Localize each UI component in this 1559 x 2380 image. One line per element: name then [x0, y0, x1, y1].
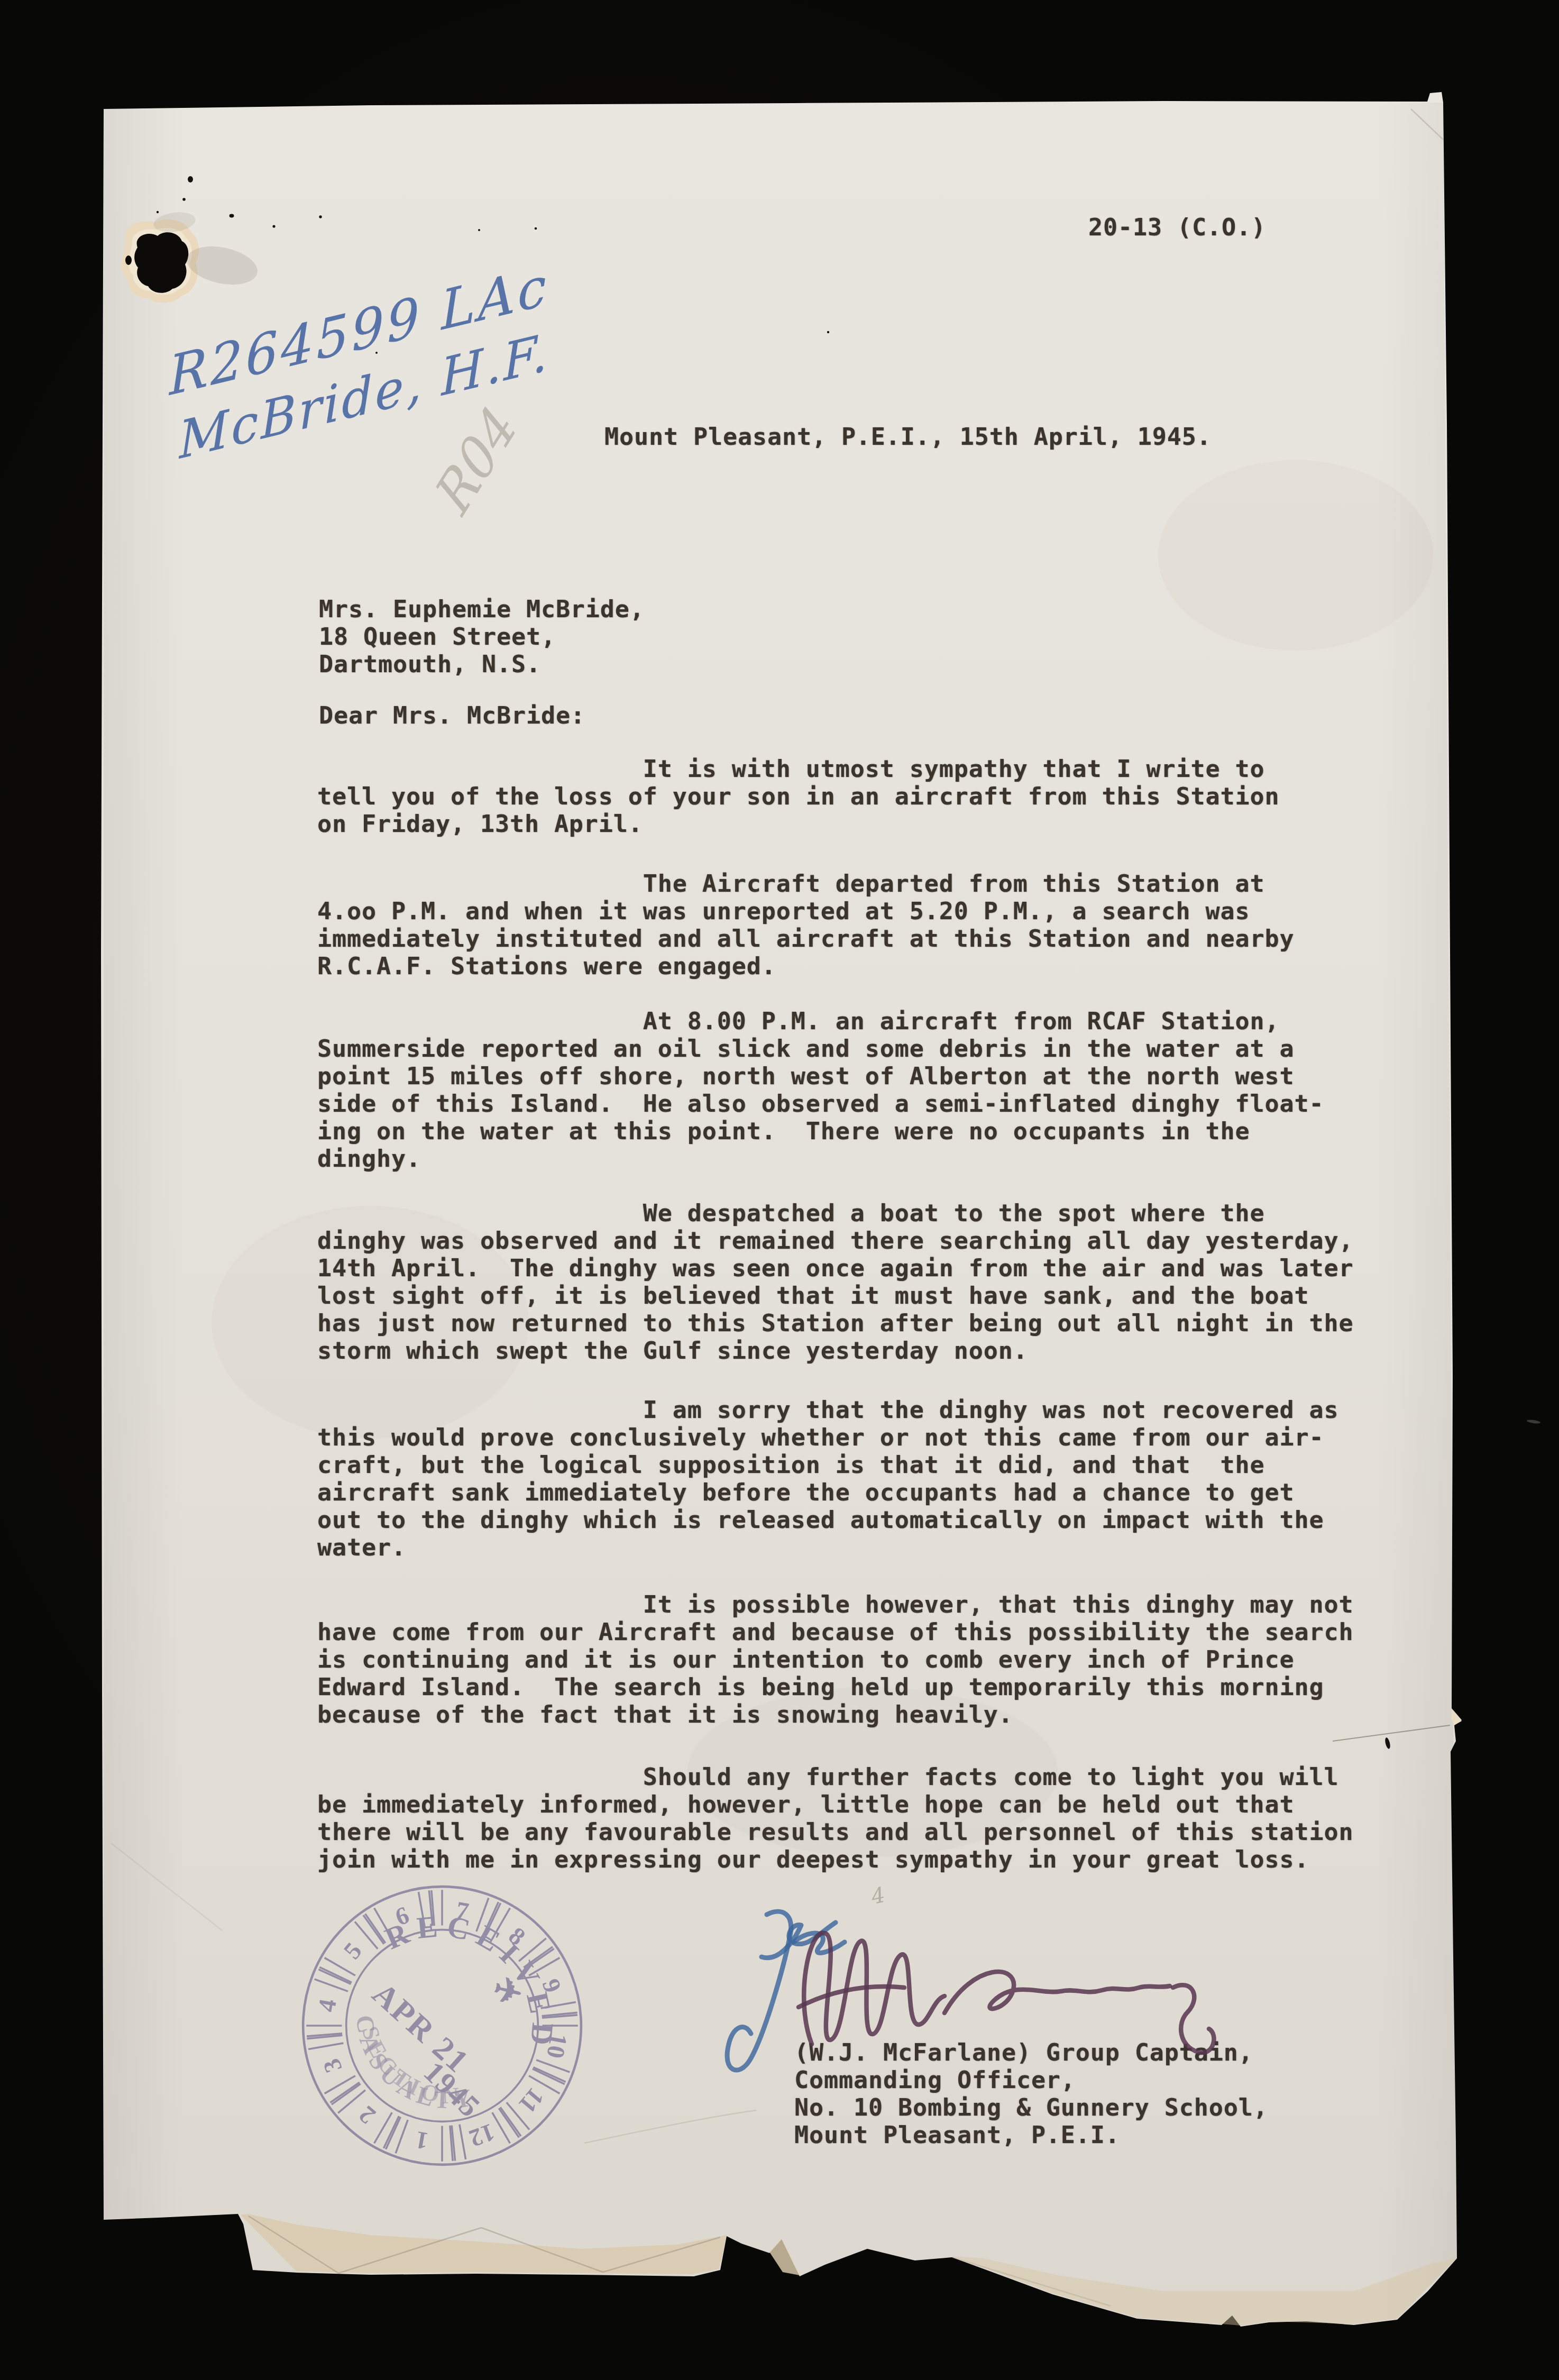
typed-line: side of this Island. He also observed a …	[317, 1090, 1324, 1118]
typed-line: lost sight off, it is believed that it m…	[317, 1282, 1353, 1310]
typed-line: join with me in expressing our deepest s…	[317, 1846, 1353, 1873]
stamp-clock-number: 3	[318, 2055, 348, 2076]
typed-line: there will be any favourable results and…	[317, 1818, 1353, 1846]
stamp-tick	[308, 2043, 343, 2049]
typed-line: We despatched a boat to the spot where t…	[317, 1200, 1353, 1227]
typed-file-reference: 20-13 (C.O.)	[1088, 214, 1266, 241]
typed-line: dinghy was observed and it remained ther…	[317, 1227, 1353, 1255]
signatures-overlay	[608, 1883, 1269, 2105]
typed-line: craft, but the logical supposition is th…	[317, 1451, 1338, 1479]
background-dash	[1527, 1419, 1541, 1424]
stamp-tick	[533, 2069, 565, 2084]
stamp-clock-number: 4	[313, 1997, 342, 2014]
typed-line: is continuing and it is our intention to…	[317, 1646, 1353, 1673]
typed-line: this would prove conclusively whether or…	[317, 1424, 1338, 1451]
stamp-tick	[460, 2125, 466, 2159]
stamp-clock-number: 11	[513, 2083, 549, 2118]
paragraph: It is possible however, that this dinghy…	[317, 1591, 1353, 1728]
typed-line: because of the fact that it is snowing h…	[317, 1701, 1353, 1728]
salutation: Dear Mrs. McBride:	[319, 702, 585, 729]
typed-line: on Friday, 13th April.	[317, 810, 1280, 838]
stamp-tick	[374, 2112, 392, 2143]
recipient-line: Dartmouth, N.S.	[319, 651, 645, 678]
paragraph: We despatched a boat to the spot where t…	[317, 1200, 1353, 1365]
typed-line: R.C.A.F. Stations were engaged.	[317, 953, 1295, 980]
paragraph: I am sorry that the dinghy was not recov…	[317, 1396, 1338, 1561]
typed-line: be immediately informed, however, little…	[317, 1791, 1353, 1818]
typed-line: have come from our Aircraft and because …	[317, 1618, 1353, 1646]
stamp-airplane-icon: ✈	[489, 1970, 526, 2014]
typed-line: dinghy.	[317, 1145, 1324, 1173]
signature-typed-line: Mount Pleasant, P.E.I.	[794, 2121, 1268, 2149]
typed-line: At 8.00 P.M. an aircraft from RCAF Stati…	[317, 1008, 1324, 1035]
stamp-clock-number: 1	[414, 2126, 430, 2155]
stamp-tick	[325, 1958, 355, 1976]
stamp-clock-number: 12	[465, 2118, 498, 2152]
typed-line: Summerside reported an oil slick and som…	[317, 1035, 1324, 1063]
recipient-line: Mrs. Euphemie McBride,	[319, 596, 645, 623]
stamp-tick	[319, 1967, 352, 1982]
typed-line: point 15 miles off shore, north west of …	[317, 1063, 1324, 1090]
typed-line: aircraft sank immediately before the occ…	[317, 1479, 1338, 1506]
typed-line: Should any further facts come to light y…	[317, 1763, 1353, 1791]
typed-line: I am sorry that the dinghy was not recov…	[317, 1396, 1338, 1424]
mcfarlane-signature-script	[799, 1933, 1214, 2053]
typed-line: 4.oo P.M. and when it was unreported at …	[317, 898, 1295, 925]
typed-line: It is possible however, that this dinghy…	[317, 1591, 1353, 1618]
stamp-clock-number: 10	[541, 2031, 572, 2061]
typed-line: The Aircraft departed from this Station …	[317, 870, 1295, 898]
stamp-clock-number: 2	[354, 2100, 381, 2129]
typed-line: Edward Island. The search is being held …	[317, 1673, 1353, 1701]
paragraph: Should any further facts come to light y…	[317, 1763, 1353, 1873]
typed-line: water.	[317, 1534, 1338, 1561]
stamp-tick	[383, 2116, 399, 2148]
stamp-inner-content: RECEIVED ✈ APR 21 1945 CASUALTY SECTION	[302, 1883, 585, 2160]
typed-line: has just now returned to this Station af…	[317, 1310, 1353, 1337]
scanned-letter-photo: 20-13 (C.O.) Mount Pleasant, P.E.I., 15t…	[0, 0, 1559, 2380]
received-stamp: RECEIVED ✈ APR 21 1945 CASUALTY SECTION …	[299, 1883, 585, 2168]
typed-line: ing on the water at this point. There we…	[317, 1118, 1324, 1145]
typed-line: immediately instituted and all aircraft …	[317, 925, 1295, 953]
received-stamp-svg: RECEIVED ✈ APR 21 1945 CASUALTY SECTION …	[299, 1883, 585, 2168]
recipient-block: Mrs. Euphemie McBride, 18 Queen Street, …	[319, 596, 645, 678]
paragraph: The Aircraft departed from this Station …	[317, 870, 1295, 980]
stamp-clock-number: 5	[338, 1937, 368, 1964]
typed-line: storm which swept the Gulf since yesterd…	[317, 1337, 1353, 1365]
typed-line: tell you of the loss of your son in an a…	[317, 783, 1280, 810]
typed-line: 14th April. The dinghy was seen once aga…	[317, 1255, 1353, 1282]
typed-line: out to the dinghy which is released auto…	[317, 1506, 1338, 1534]
recipient-line: 18 Queen Street,	[319, 623, 645, 651]
paragraph: It is with utmost sympathy that I write …	[317, 755, 1280, 838]
signatures-svg	[608, 1883, 1269, 2105]
dateline: Mount Pleasant, P.E.I., 15th April, 1945…	[604, 423, 1212, 451]
typed-line: It is with utmost sympathy that I write …	[317, 755, 1280, 783]
paragraph: At 8.00 P.M. an aircraft from RCAF Stati…	[317, 1008, 1324, 1173]
